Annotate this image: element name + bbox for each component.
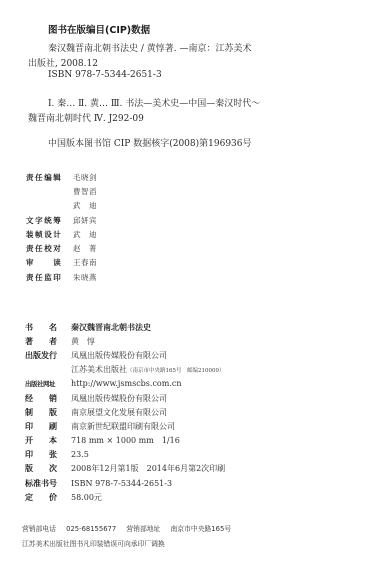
address-label: 营销部地址: [126, 525, 160, 533]
info-label: 经 销: [25, 393, 62, 404]
book-title: 秦汉魏晋南北朝书法史: [71, 322, 151, 333]
credit-label: 文字统筹: [26, 215, 73, 226]
credit-row: 责任监印 朱晓燕: [26, 270, 97, 284]
credit-row: 责任编辑 毛晓剑: [26, 170, 97, 184]
credit-value: 武 迪: [73, 200, 97, 211]
info-label: 出版社网址: [25, 379, 62, 388]
format: 718 mm × 1000 mm 1/16: [71, 435, 180, 446]
credits-list: 责任编辑 毛晓剑 曹智滔 武 迪 文字统筹 邱妍宾 装帧设计 武 迪 责任校对 …: [26, 170, 97, 284]
credit-row: 曹智滔: [26, 184, 97, 198]
credit-label: 责任监印: [26, 272, 73, 283]
cip-class-line-2: 魏晋南北朝时代 Ⅳ. J292-09: [28, 111, 144, 124]
publisher: 凤凰出版传媒股份有限公司: [71, 350, 167, 361]
info-row-sheets: 印 张 23.5: [25, 448, 225, 462]
imprint-address: （南京市中央路165号 邮编210009）: [127, 368, 225, 374]
info-label: 印 刷: [25, 421, 62, 432]
info-label: 书 名: [25, 322, 62, 333]
info-row-edition: 版 次 2008年12月第1版 2014年6月第2次印刷: [25, 462, 225, 476]
credit-row: 审 读 王春南: [26, 256, 97, 270]
website-link[interactable]: http://www.jsmscbs.com.cn: [71, 379, 182, 388]
info-row-publisher-2: 江苏美术出版社（南京市中央路165号 邮编210009）: [25, 363, 225, 377]
info-row-price: 定 价 58.00元: [25, 490, 225, 504]
isbn: ISBN 978-7-5344-2651-3: [71, 479, 172, 488]
info-label: 著 者: [25, 336, 62, 347]
info-row-website: 出版社网址 http://www.jsmscbs.com.cn: [25, 377, 225, 391]
info-label: 印 张: [25, 449, 62, 460]
credit-row: 责任校对 赵 菁: [26, 241, 97, 255]
info-row-format: 开 本 718 mm × 1000 mm 1/16: [25, 434, 225, 448]
price: 58.00元: [71, 492, 102, 503]
info-row-plate-making: 制 版 南京展望文化发展有限公司: [25, 405, 225, 419]
info-row-title: 书 名 秦汉魏晋南北朝书法史: [25, 320, 225, 334]
copyright-page: 图书在版编目(CIP)数据 秦汉魏晋南北朝书法史 / 黄惇著. —南京：江苏美术…: [0, 0, 375, 566]
credit-row: 文字统筹 邱妍宾: [26, 213, 97, 227]
credit-value: 武 迪: [73, 229, 97, 240]
cip-record: 中国版本图书馆 CIP 数据核字(2008)第196936号: [48, 136, 252, 149]
publication-info: 书 名 秦汉魏晋南北朝书法史 著 者 黄 惇 出版发行 凤凰出版传媒股份有限公司…: [25, 320, 225, 504]
cip-line-2: 出版社, 2008.12: [28, 56, 98, 69]
imprint-name: 江苏美术出版社: [71, 365, 127, 374]
credit-value: 赵 菁: [73, 243, 97, 254]
credit-row: 武 迪: [26, 199, 97, 213]
credit-value: 曹智滔: [73, 186, 97, 197]
info-label: 出版发行: [25, 350, 62, 361]
replacement-notice: 江苏美术出版社图书凡印装错误可向承印厂调换: [22, 538, 165, 548]
credit-value: 王春南: [73, 257, 97, 268]
sheets: 23.5: [71, 450, 89, 459]
info-label: 定 价: [25, 492, 62, 503]
phone-number: 025-68155677: [66, 525, 116, 533]
cip-isbn: ISBN 978-7-5344-2651-3: [48, 70, 162, 80]
info-label: 开 本: [25, 435, 62, 446]
author: 黄 惇: [71, 336, 95, 347]
info-label: 版 次: [25, 463, 62, 474]
marketing-contact: 营销部电话 025-68155677 营销部地址 南京市中央路165号: [22, 523, 231, 533]
info-row-distributor: 经 销 凤凰出版传媒股份有限公司: [25, 391, 225, 405]
credit-label: 责任编辑: [26, 172, 73, 183]
cip-line-1: 秦汉魏晋南北朝书法史 / 黄惇著. —南京：江苏美术: [48, 41, 251, 54]
address: 南京市中央路165号: [171, 525, 232, 533]
credit-label: 责任校对: [26, 243, 73, 254]
edition: 2008年12月第1版 2014年6月第2次印刷: [71, 463, 225, 474]
cip-class-line-1: Ⅰ. 秦… Ⅱ. 黄… Ⅲ. 书法—美术史—中国—秦汉时代～: [48, 96, 260, 109]
distributor: 凤凰出版传媒股份有限公司: [71, 393, 167, 404]
credit-value: 邱妍宾: [73, 215, 97, 226]
info-label: 制 版: [25, 407, 62, 418]
info-row-isbn: 标准书号 ISBN 978-7-5344-2651-3: [25, 476, 225, 490]
info-row-printer: 印 刷 南京新世纪联盟印刷有限公司: [25, 419, 225, 433]
info-label: 标准书号: [25, 478, 62, 489]
info-row-author: 著 者 黄 惇: [25, 334, 225, 348]
credit-value: 毛晓剑: [73, 172, 97, 183]
credit-label: 审 读: [26, 257, 73, 268]
printer: 南京新世纪联盟印刷有限公司: [71, 421, 175, 432]
cip-title: 图书在版编目(CIP)数据: [48, 22, 150, 36]
credit-label: 装帧设计: [26, 229, 73, 240]
plate-maker: 南京展望文化发展有限公司: [71, 407, 167, 418]
info-row-publisher: 出版发行 凤凰出版传媒股份有限公司: [25, 348, 225, 362]
phone-label: 营销部电话: [22, 525, 56, 533]
credit-row: 装帧设计 武 迪: [26, 227, 97, 241]
publisher-imprint: 江苏美术出版社（南京市中央路165号 邮编210009）: [71, 364, 225, 375]
credit-value: 朱晓燕: [73, 272, 97, 283]
